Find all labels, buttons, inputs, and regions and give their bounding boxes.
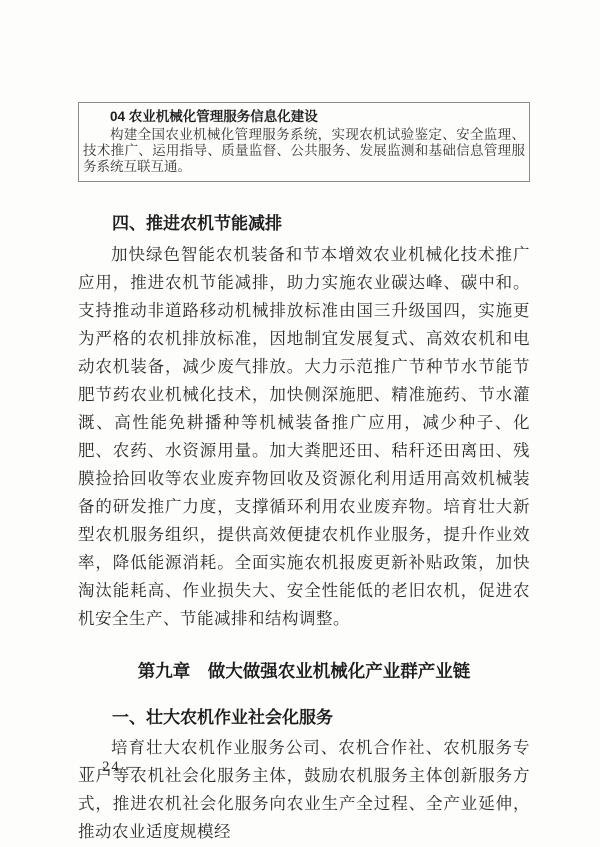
- chapter-9-heading: 第九章 做大做强农业机械化产业群产业链: [78, 659, 530, 683]
- page-content: 04 农业机械化管理服务信息化建设 构建全国农业机械化管理服务系统，实现农机试验…: [78, 0, 530, 846]
- section-4-heading: 四、推进农机节能减排: [78, 212, 530, 236]
- info-box: 04 农业机械化管理服务信息化建设 构建全国农业机械化管理服务系统，实现农机试验…: [78, 102, 530, 182]
- info-box-body: 构建全国农业机械化管理服务系统，实现农机试验鉴定、安全监理、技术推广、运用指导、…: [83, 127, 525, 175]
- document-page: 04 农业机械化管理服务信息化建设 构建全国农业机械化管理服务系统，实现农机试验…: [0, 0, 600, 847]
- subsection-1-heading: 一、壮大农机作业社会化服务: [78, 707, 530, 729]
- info-box-title: 04 农业机械化管理服务信息化建设: [83, 108, 525, 125]
- subsection-1-paragraph: 培育壮大农机作业服务公司、农机合作社、农机服务专业户等农机社会化服务主体，鼓励农…: [78, 734, 530, 846]
- page-number: — 24 —: [80, 759, 143, 776]
- section-4-paragraph: 加快绿色智能农机装备和节本增效农业机械化技术推广应用，推进农机节能减排，助力实施…: [78, 241, 530, 633]
